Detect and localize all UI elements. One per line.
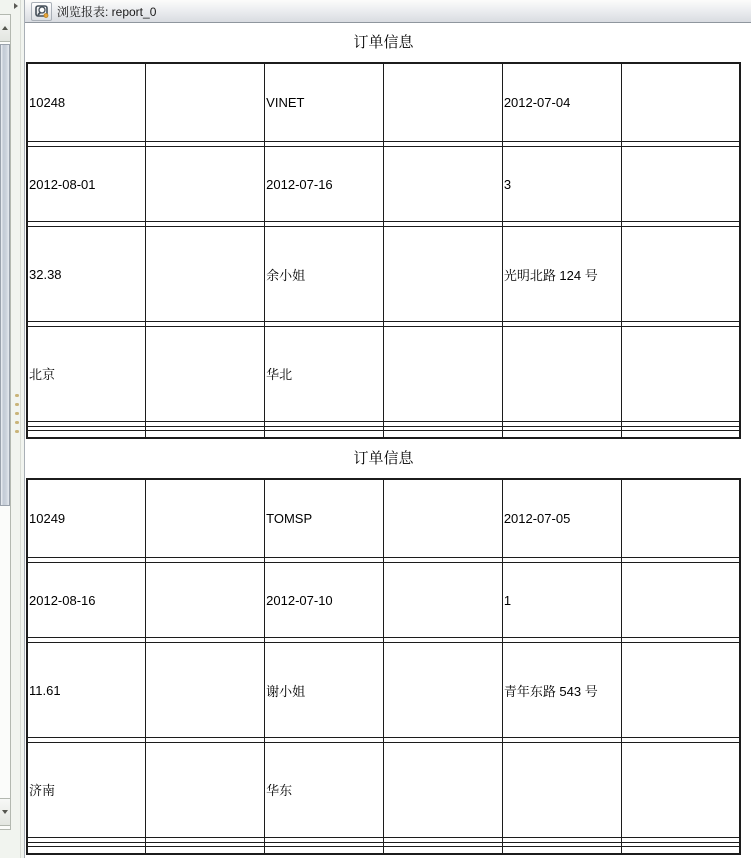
table-cell	[383, 227, 502, 322]
table-cell	[502, 742, 621, 837]
table-cell	[621, 562, 740, 638]
table-cell: 11.61	[27, 643, 146, 738]
table-cell	[146, 643, 265, 738]
table-cell: 光明北路 124 号	[502, 227, 621, 322]
table-cell	[502, 847, 621, 854]
table-cell	[383, 742, 502, 837]
table-cell: 华东	[265, 742, 384, 837]
table-cell	[383, 847, 502, 854]
table-row	[27, 847, 740, 854]
report-content: 订单信息 10248VINET2012-07-042012-08-012012-…	[25, 23, 751, 858]
table-cell	[621, 643, 740, 738]
drag-dot	[15, 412, 19, 415]
table-cell	[621, 326, 740, 421]
scroll-down-button[interactable]	[0, 798, 10, 826]
table-row	[27, 431, 740, 438]
vertical-scrollbar[interactable]	[0, 14, 11, 830]
gutter-divider	[20, 0, 21, 858]
table-row: 2012-08-162012-07-101	[27, 562, 740, 638]
table-cell: 2012-07-05	[502, 479, 621, 557]
table-cell	[383, 479, 502, 557]
table-cell	[383, 431, 502, 438]
table-row: 2012-08-012012-07-163	[27, 146, 740, 222]
table-cell: 1	[502, 562, 621, 638]
table-cell	[621, 431, 740, 438]
table-cell	[502, 431, 621, 438]
table-cell	[146, 227, 265, 322]
table-cell	[621, 847, 740, 854]
report-block-title: 订单信息	[25, 439, 742, 478]
report-block-title: 订单信息	[25, 23, 742, 62]
table-row: 10249TOMSP2012-07-05	[27, 479, 740, 557]
table-cell	[621, 742, 740, 837]
table-cell	[27, 431, 146, 438]
left-collapsed-panel	[0, 0, 25, 858]
table-cell	[146, 326, 265, 421]
table-cell: VINET	[265, 63, 384, 141]
magnifier-page-icon	[34, 4, 49, 19]
table-cell	[146, 146, 265, 222]
table-cell: 北京	[27, 326, 146, 421]
table-cell	[146, 63, 265, 141]
table-row: 32.38余小姐光明北路 124 号	[27, 227, 740, 322]
table-cell	[265, 431, 384, 438]
table-cell	[621, 146, 740, 222]
table-cell: 谢小姐	[265, 643, 384, 738]
table-row: 10248VINET2012-07-04	[27, 63, 740, 141]
table-cell: 2012-07-10	[265, 562, 384, 638]
report-block: 订单信息 10248VINET2012-07-042012-08-012012-…	[25, 23, 751, 439]
drag-dot	[15, 394, 19, 397]
table-row: 北京华北	[27, 326, 740, 421]
table-cell: 2012-07-04	[502, 63, 621, 141]
drag-dot	[15, 403, 19, 406]
table-cell	[502, 326, 621, 421]
table-cell	[383, 63, 502, 141]
panel-splitter-handle[interactable]	[15, 394, 19, 433]
report-table: 10248VINET2012-07-042012-08-012012-07-16…	[26, 62, 741, 439]
table-cell: 10249	[27, 479, 146, 557]
report-preview-panel: 浏览报表: report_0 订单信息 10248VINET2012-07-04…	[25, 0, 751, 858]
table-cell	[146, 562, 265, 638]
table-cell: 余小姐	[265, 227, 384, 322]
scroll-up-icon	[2, 26, 8, 30]
report-table-holder: 10248VINET2012-07-042012-08-012012-07-16…	[25, 62, 751, 439]
table-cell	[146, 479, 265, 557]
drag-dot	[15, 430, 19, 433]
table-cell: 3	[502, 146, 621, 222]
table-cell: 32.38	[27, 227, 146, 322]
scroll-down-icon	[2, 810, 8, 814]
report-preview-icon[interactable]	[31, 2, 52, 21]
tab-title: 浏览报表: report_0	[57, 3, 156, 20]
scrollbar-thumb[interactable]	[0, 44, 10, 506]
table-cell: 2012-08-16	[27, 562, 146, 638]
table-cell: 2012-08-01	[27, 146, 146, 222]
table-cell	[383, 146, 502, 222]
scroll-up-button[interactable]	[0, 15, 10, 42]
table-cell	[621, 63, 740, 141]
report-block: 订单信息 10249TOMSP2012-07-052012-08-162012-…	[25, 439, 751, 855]
table-cell: TOMSP	[265, 479, 384, 557]
chevron-right-icon[interactable]	[14, 3, 18, 9]
table-cell: 济南	[27, 742, 146, 837]
table-row: 11.61谢小姐青年东路 543 号	[27, 643, 740, 738]
table-cell	[265, 847, 384, 854]
report-table-holder: 10249TOMSP2012-07-052012-08-162012-07-10…	[25, 478, 751, 855]
preview-tab[interactable]: 浏览报表: report_0	[25, 0, 751, 23]
report-table: 10249TOMSP2012-07-052012-08-162012-07-10…	[26, 478, 741, 855]
table-cell	[621, 227, 740, 322]
drag-dot	[15, 421, 19, 424]
table-cell	[146, 742, 265, 837]
table-cell	[146, 847, 265, 854]
table-cell: 青年东路 543 号	[502, 643, 621, 738]
table-cell	[27, 847, 146, 854]
table-cell	[383, 562, 502, 638]
table-cell: 10248	[27, 63, 146, 141]
table-cell: 华北	[265, 326, 384, 421]
table-cell	[621, 479, 740, 557]
table-cell	[383, 326, 502, 421]
table-cell	[146, 431, 265, 438]
table-cell	[383, 643, 502, 738]
table-cell: 2012-07-16	[265, 146, 384, 222]
table-row: 济南华东	[27, 742, 740, 837]
